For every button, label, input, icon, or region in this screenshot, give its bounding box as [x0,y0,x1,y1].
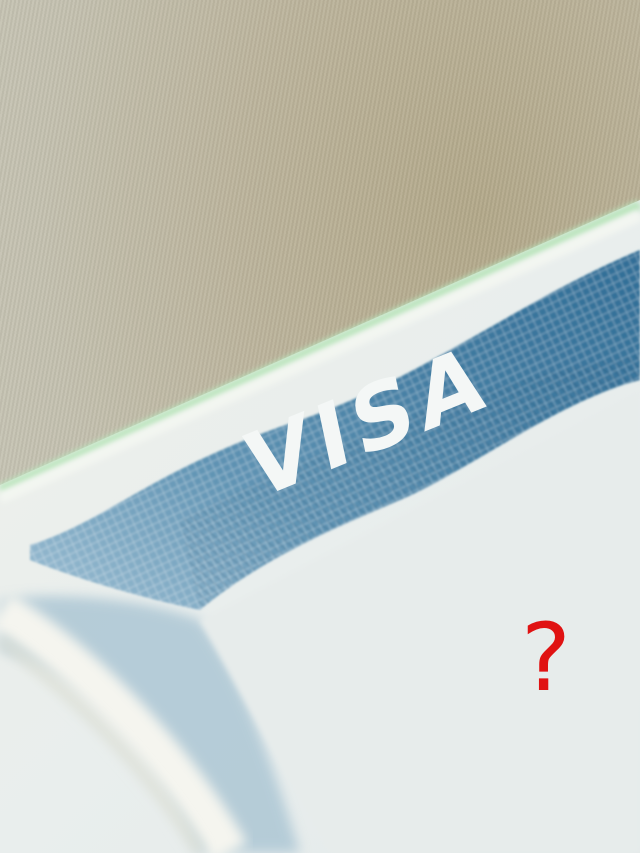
question-mark-icon: ? [521,612,571,706]
photo-scene: VISA ? [0,0,640,853]
passport-page: VISA [0,0,640,853]
